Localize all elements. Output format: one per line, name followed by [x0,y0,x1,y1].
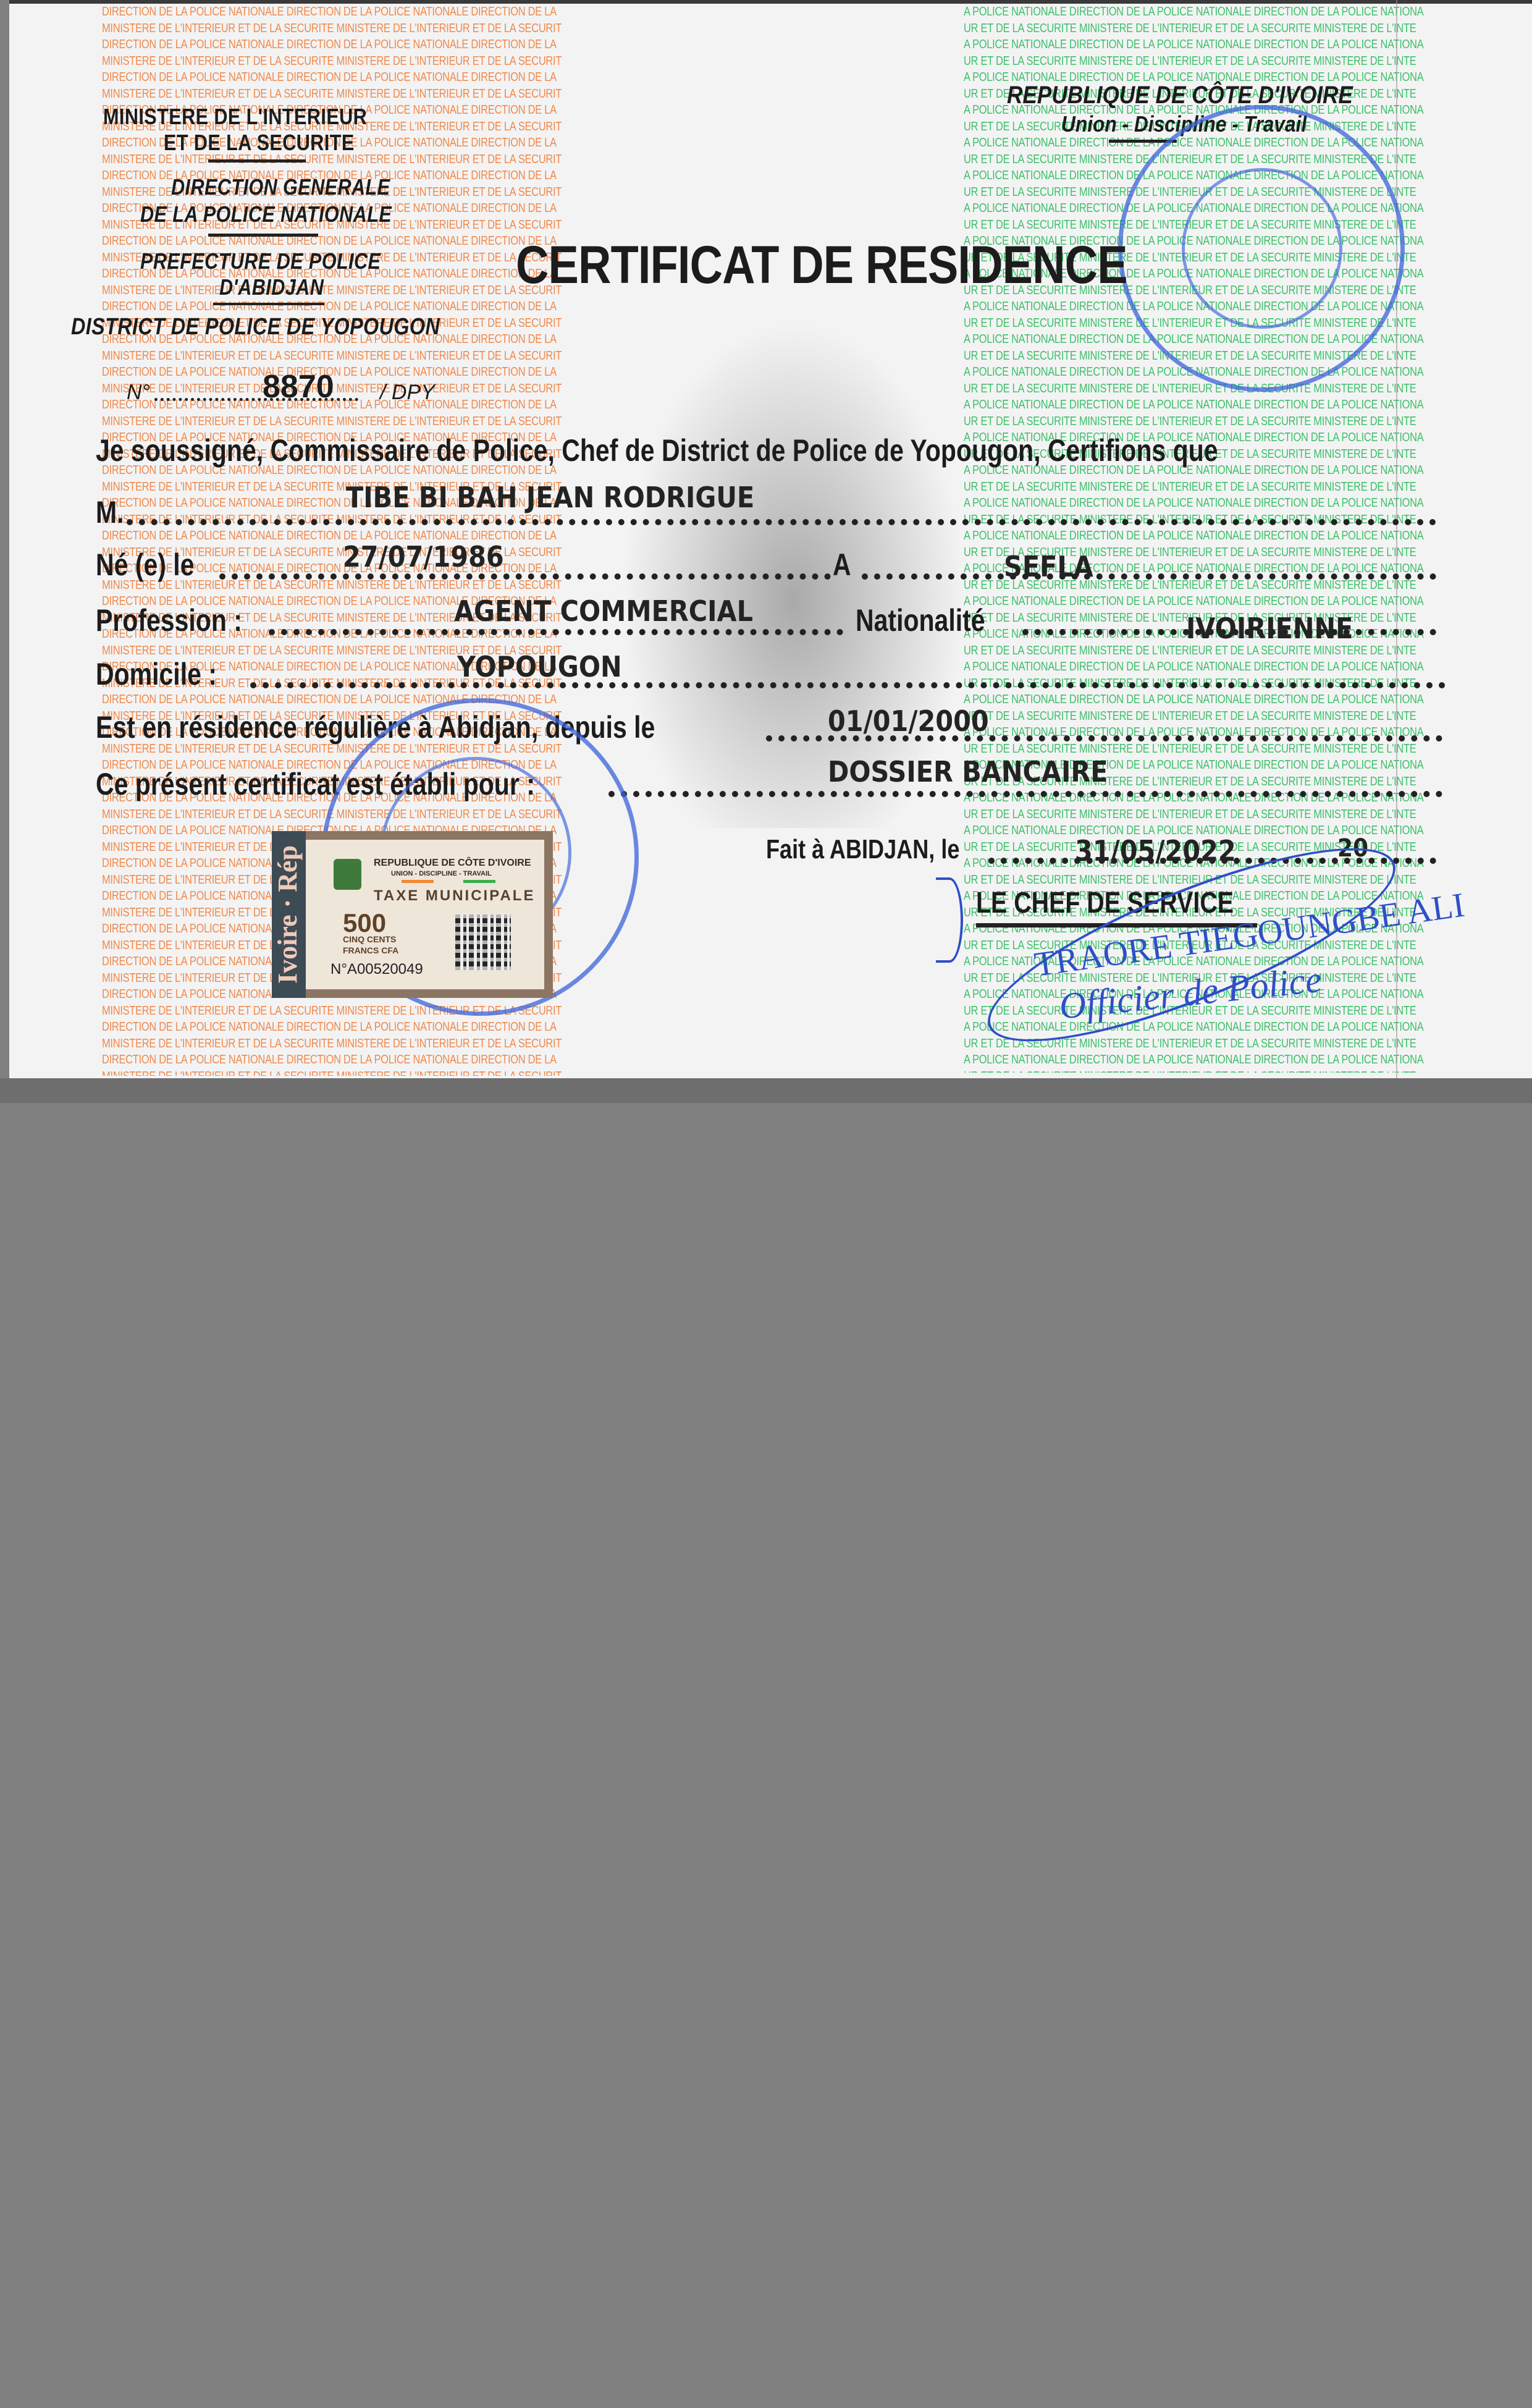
tax-stamp-side-band: Ivoire · Rép [272,831,306,998]
watermark-line: DIRECTION DE LA POLICE NATIONALE DIRECTI… [102,69,530,86]
tax-stamp-serial: N°A00520049 [330,961,423,978]
watermark-line: DIRECTION DE LA POLICE NATIONALE DIRECTI… [102,36,530,53]
name-value: TIBE BI BAH JEAN RODRIGUE [346,481,754,514]
watermark-line: MINISTERE DE L'INTERIEUR ET DE LA SECURI… [102,86,530,103]
nationality-label: Nationalité [856,602,985,638]
watermark-line: A POLICE NATIONALE DIRECTION DE LA POLIC… [964,593,1382,610]
watermark-line: MINISTERE DE L'INTERIEUR ET DE LA SECURI… [102,1036,530,1052]
birth-date-value: 27/07/1986 [343,540,504,573]
watermark-line: UR ET DE LA SECURITE MINISTERE DE L'INTE… [964,413,1382,430]
place-date-label: Fait à ABIDJAN, le [766,834,959,865]
flag-stripe-orange [402,880,434,883]
domicile-value: YOPOUGON [457,650,622,683]
watermark-line: DIRECTION DE LA POLICE NATIONALE DIRECTI… [102,298,530,315]
scanner-background [0,1078,1532,1103]
certificate-paper: DIRECTION DE LA POLICE NATIONALE DIRECTI… [9,0,1532,1078]
profession-label: Profession : [96,602,242,638]
watermark-line: A POLICE NATIONALE DIRECTION DE LA POLIC… [964,36,1382,53]
watermark-line: MINISTERE DE L'INTERIEUR ET DE LA SECURI… [102,348,530,365]
watermark-line: A POLICE NATIONALE DIRECTION DE LA POLIC… [964,691,1382,708]
residence-date-value: 01/01/2000 [828,704,989,738]
tax-stamp-motto: UNION - DISCIPLINE - TRAVAIL [391,870,492,877]
underline [213,303,324,305]
intro-text: Je soussigné, Commissaire de Police, Che… [96,433,1218,468]
underline [208,159,306,163]
watermark-line: UR ET DE LA SECURITE MINISTERE DE L'INTE… [964,708,1382,725]
dotted-line [862,567,1436,580]
official-seal-inner-ring [1182,168,1342,329]
profession-value: AGENT COMMERCIAL [454,594,753,628]
watermark-line: DIRECTION DE LA POLICE NATIONALE DIRECTI… [102,1019,530,1036]
tax-stamp-country: REPUBLIQUE DE CÔTE D'IVOIRE [374,858,531,869]
nationality-value: IVOIRIENNE [1186,612,1353,645]
name-label: M. [96,494,124,530]
document-title: CERTIFICAT DE RESIDENCE [516,235,1127,296]
underline [208,234,318,237]
dotted-line [127,513,1436,525]
watermark-line: A POLICE NATIONALE DIRECTION DE LA POLIC… [964,1052,1382,1068]
watermark-line: A POLICE NATIONALE DIRECTION DE LA POLIC… [964,495,1382,512]
flag-stripe-green [463,880,495,883]
purpose-value: DOSSIER BANCAIRE [828,755,1108,788]
birthplace-label: A [833,547,851,583]
header-district: DISTRICT DE POLICE DE YOPOUGON [71,314,440,340]
tax-stamp-amount: 500 [343,908,386,938]
watermark-line: A POLICE NATIONALE DIRECTION DE LA POLIC… [964,528,1382,544]
watermark-line: A POLICE NATIONALE DIRECTION DE LA POLIC… [964,659,1382,675]
number-label: N° [127,381,150,405]
watermark-line: MINISTERE DE L'INTERIEUR ET DE LA SECURI… [102,1068,530,1076]
tax-stamp-amount-words-1: CINQ CENTS [343,934,396,944]
header-republic: REPUBLIQUE DE CÔTE D'IVOIRE [1007,82,1353,109]
watermark-line: A POLICE NATIONALE DIRECTION DE LA POLIC… [964,4,1382,20]
watermark-line: UR ET DE LA SECURITE MINISTERE DE L'INTE… [964,381,1382,397]
watermark-line: DIRECTION DE LA POLICE NATIONALE DIRECTI… [102,1052,530,1068]
watermark-line: UR ET DE LA SECURITE MINISTERE DE L'INTE… [964,1068,1382,1073]
coat-of-arms-icon [334,859,361,890]
watermark-line: UR ET DE LA SECURITE MINISTERE DE L'INTE… [964,806,1382,823]
watermark-line: MINISTERE DE L'INTERIEUR ET DE LA SECURI… [102,20,530,37]
tax-stamp-label: TAXE MUNICIPALE [374,887,535,905]
qr-code-pattern [455,915,511,970]
watermark-line: A POLICE NATIONALE DIRECTION DE LA POLIC… [964,397,1382,413]
header-security: ET DE LA SECURITE [164,130,355,156]
tax-stamp-amount-words-2: FRANCS CFA [343,945,398,955]
watermark-line: UR ET DE LA SECURITE MINISTERE DE L'INTE… [964,53,1382,70]
watermark-line: MINISTERE DE L'INTERIEUR ET DE LA SECURI… [102,413,530,430]
issue-date-value: 31/05/2022 [1075,834,1236,868]
birth-date-label: Né (e) le [96,547,195,583]
birthplace-value: SEFLA [1004,550,1093,583]
watermark-line: UR ET DE LA SECURITE MINISTERE DE L'INTE… [964,479,1382,496]
dotted-line [250,676,1446,688]
initials-mark-icon [936,877,963,963]
watermark-line: DIRECTION DE LA POLICE NATIONALE DIRECTI… [102,4,530,20]
number-suffix: / DPY [380,381,435,405]
certificate-number: 8870 [263,368,334,405]
header-ministry: MINISTERE DE L'INTERIEUR [103,104,367,130]
watermark-line: MINISTERE DE L'INTERIEUR ET DE LA SECURI… [102,53,530,70]
header-prefecture: PREFECTURE DE POLICE [140,248,381,274]
watermark-line: UR ET DE LA SECURITE MINISTERE DE L'INTE… [964,20,1382,37]
dotted-line [219,567,831,580]
header-abidjan: D'ABIDJAN [219,274,324,300]
domicile-label: Domicile : [96,656,217,692]
header-police-nationale: DE LA POLICE NATIONALE [140,201,392,227]
header-direction: DIRECTION GENERALE [171,174,390,200]
